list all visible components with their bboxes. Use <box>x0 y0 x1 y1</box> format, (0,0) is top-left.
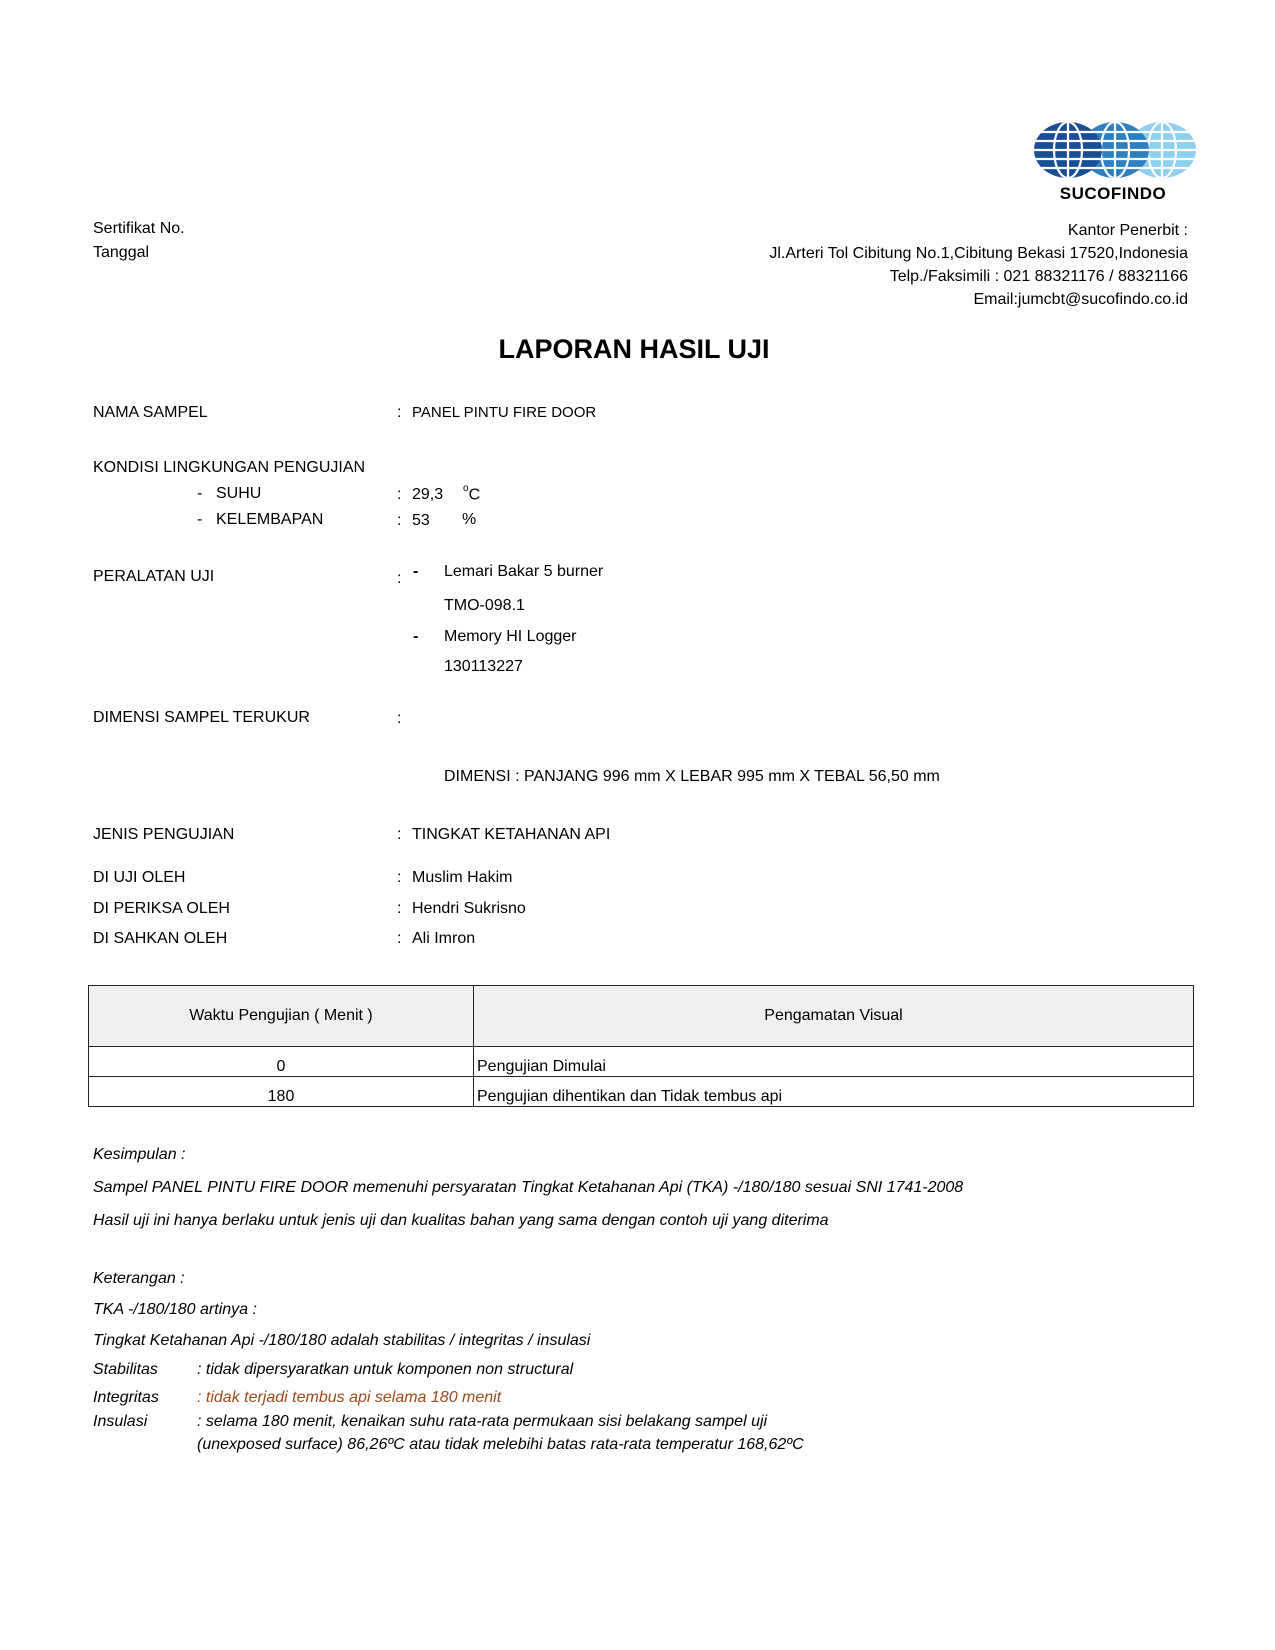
equipment-label: PERALATAN UJI <box>93 568 214 586</box>
integrity-label: Integritas <box>93 1390 159 1406</box>
bullet-dash: - <box>413 629 418 645</box>
test-type-value: TINGKAT KETAHANAN API <box>412 826 610 844</box>
dimensions-label: DIMENSI SAMPEL TERUKUR <box>93 709 310 727</box>
checked-by-value: Hendri Sukrisno <box>412 900 526 918</box>
notes-line: TKA -/180/180 artinya : <box>93 1302 257 1318</box>
separator: : <box>397 869 401 887</box>
issuing-office-block: Kantor Penerbit : Jl.Arteri Tol Cibitung… <box>769 219 1188 311</box>
separator: : <box>397 826 401 844</box>
equipment-1-code: TMO-098.1 <box>444 598 525 614</box>
approved-by-value: Ali Imron <box>412 930 475 948</box>
column-header-time: Waktu Pengujian ( Menit ) <box>89 986 474 1047</box>
conclusion-line: Hasil uji ini hanya berlaku untuk jenis … <box>93 1213 829 1229</box>
temperature-value: 29,3 <box>412 486 443 504</box>
equipment-2-name: Memory HI Logger <box>444 629 577 645</box>
observation-cell: Pengujian dihentikan dan Tidak tembus ap… <box>474 1077 1194 1107</box>
dimensions-value: DIMENSI : PANJANG 996 mm X LEBAR 995 mm … <box>444 769 940 785</box>
insulation-text-continued: (unexposed surface) 86,26ºC atau tidak m… <box>197 1437 804 1453</box>
separator: : <box>397 570 401 588</box>
notes-line: Tingkat Ketahanan Api -/180/180 adalah s… <box>93 1333 590 1349</box>
column-header-observation: Pengamatan Visual <box>474 986 1194 1047</box>
report-title: LAPORAN HASIL UJI <box>0 334 1268 365</box>
tested-by-label: DI UJI OLEH <box>93 869 185 887</box>
humidity-unit: % <box>462 512 476 528</box>
insulation-label: Insulasi <box>93 1414 147 1430</box>
table-header-row: Waktu Pengujian ( Menit ) Pengamatan Vis… <box>89 986 1194 1047</box>
time-cell: 0 <box>89 1047 474 1077</box>
globe-icon <box>1030 122 1196 182</box>
stability-label: Stabilitas <box>93 1362 158 1378</box>
separator: : <box>397 486 401 504</box>
table-row: 180 Pengujian dihentikan dan Tidak tembu… <box>89 1077 1194 1107</box>
observation-table: Waktu Pengujian ( Menit ) Pengamatan Vis… <box>88 985 1194 1107</box>
separator: : <box>397 404 401 422</box>
date-label: Tanggal <box>93 245 149 261</box>
office-label: Kantor Penerbit : <box>769 219 1188 242</box>
separator: : <box>397 930 401 948</box>
equipment-2-code: 130113227 <box>444 659 523 675</box>
sucofindo-logo: SUCOFINDO <box>1030 122 1196 204</box>
integrity-text: : tidak terjadi tembus api selama 180 me… <box>197 1390 501 1406</box>
conditions-label: KONDISI LINGKUNGAN PENGUJIAN <box>93 459 365 477</box>
separator: : <box>397 512 401 530</box>
bullet-dash: - <box>413 564 418 580</box>
certificate-number-label: Sertifikat No. <box>93 221 185 237</box>
stability-text: : tidak dipersyaratkan untuk komponen no… <box>197 1362 573 1378</box>
temperature-unit: oC <box>463 486 480 503</box>
office-email[interactable]: Email:jumcbt@sucofindo.co.id <box>769 288 1188 311</box>
temperature-label: SUHU <box>216 486 261 502</box>
approved-by-label: DI SAHKAN OLEH <box>93 930 227 948</box>
bullet-dash: - <box>197 486 202 502</box>
test-type-label: JENIS PENGUJIAN <box>93 826 234 844</box>
notes-heading: Keterangan : <box>93 1271 185 1287</box>
conclusion-heading: Kesimpulan : <box>93 1147 186 1163</box>
observation-cell: Pengujian Dimulai <box>474 1047 1194 1077</box>
table-row: 0 Pengujian Dimulai <box>89 1047 1194 1077</box>
office-address: Jl.Arteri Tol Cibitung No.1,Cibitung Bek… <box>769 242 1188 265</box>
humidity-label: KELEMBAPAN <box>216 512 323 528</box>
conclusion-line: Sampel PANEL PINTU FIRE DOOR memenuhi pe… <box>93 1180 963 1196</box>
office-phone: Telp./Faksimili : 021 88321176 / 8832116… <box>769 265 1188 288</box>
bullet-dash: - <box>197 512 202 528</box>
separator: : <box>397 710 401 728</box>
logo-brand-text: SUCOFINDO <box>1030 184 1196 204</box>
insulation-text: : selama 180 menit, kenaikan suhu rata-r… <box>197 1414 767 1430</box>
equipment-1-name: Lemari Bakar 5 burner <box>444 564 603 580</box>
sample-name-label: NAMA SAMPEL <box>93 404 208 422</box>
sample-name-value: PANEL PINTU FIRE DOOR <box>412 404 596 421</box>
tested-by-value: Muslim Hakim <box>412 869 512 887</box>
humidity-value: 53 <box>412 512 430 530</box>
checked-by-label: DI PERIKSA OLEH <box>93 900 230 918</box>
separator: : <box>397 900 401 918</box>
time-cell: 180 <box>89 1077 474 1107</box>
